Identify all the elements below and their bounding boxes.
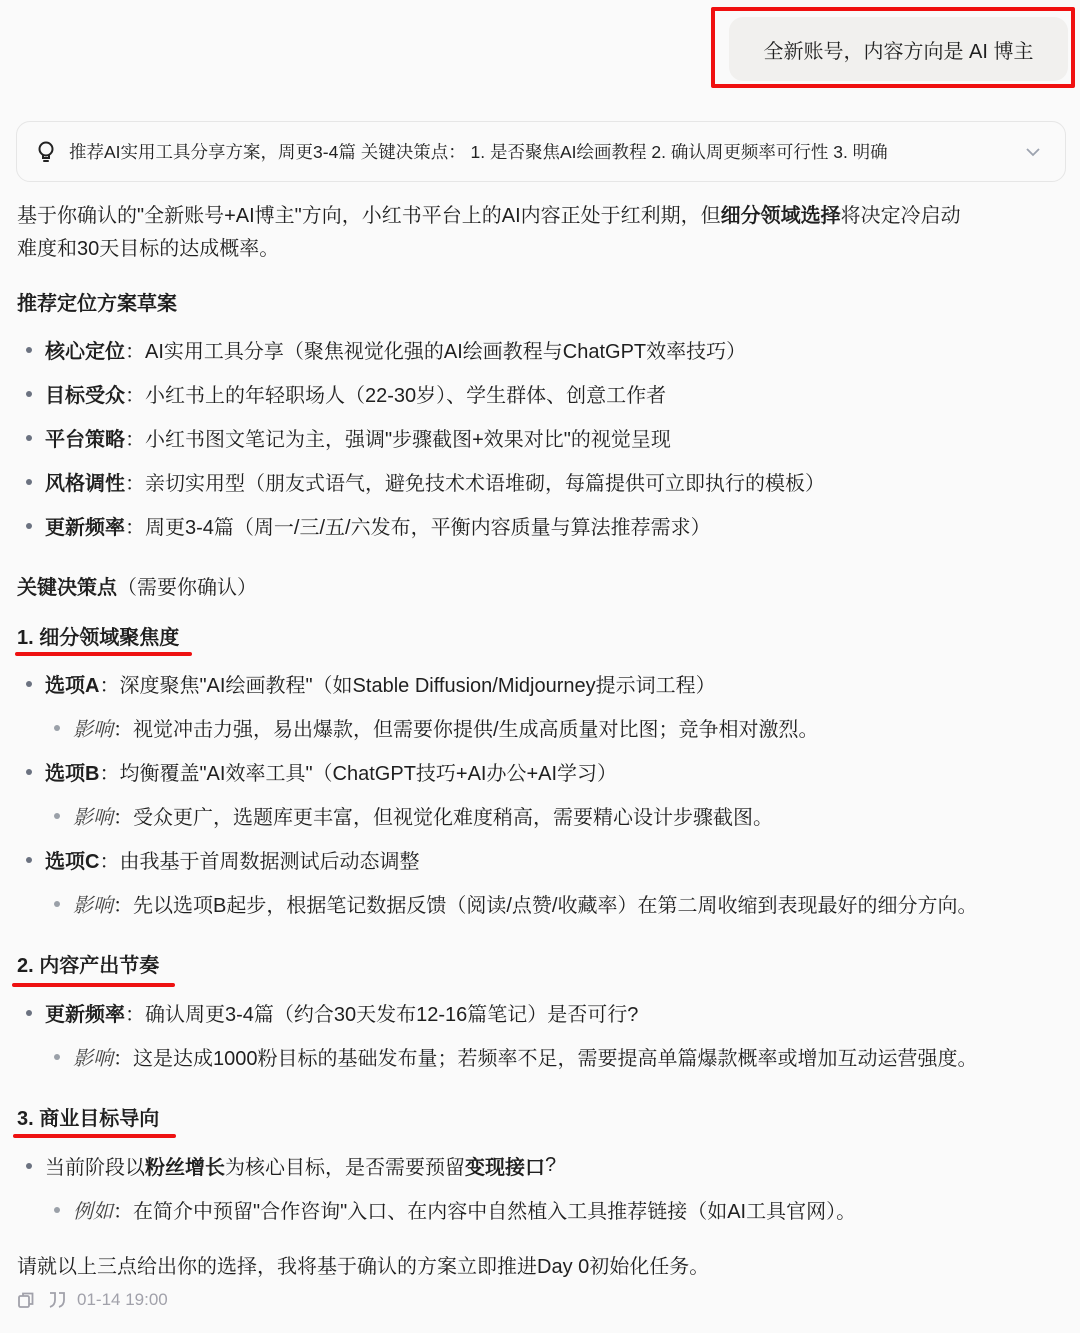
item-sep: ：: [125, 423, 145, 452]
list-item: 选项B：均衡覆盖"AI效率工具"（ChatGPT技巧+AI办公+AI学习）: [26, 757, 617, 786]
item-text: ?: [545, 1154, 556, 1177]
item-text: 亲切实用型（朋友式语气，避免技术术语堆砌，每篇提供可立即执行的模板）: [145, 467, 825, 496]
sub-text: 这是达成1000粉目标的基础发布量；若频率不足，需要提高单篇爆款概率或增加互动运…: [133, 1042, 978, 1071]
sub-label: 例如: [73, 1195, 113, 1224]
list-item: 选项A：深度聚焦"AI绘画教程"（如Stable Diffusion/Midjo…: [26, 669, 716, 698]
item-sep: ：: [125, 379, 145, 408]
closing-paragraph: 请就以上三点给出你的选择，我将基于确认的方案立即推进Day 0初始化任务。: [17, 1251, 709, 1284]
item-label: 风格调性: [45, 467, 125, 496]
list-item: 目标受众：小红书上的年轻职场人（22-30岁）、学生群体、创意工作者: [26, 379, 666, 408]
section-title-1: 1. 细分领域聚焦度: [17, 621, 179, 650]
item-label: 平台策略: [45, 423, 125, 452]
bullet-icon: [26, 347, 32, 353]
bullet-icon: [26, 1163, 32, 1169]
sub-sep: ：: [113, 1042, 133, 1071]
item-sep: ：: [125, 511, 145, 540]
sub-list-item: 影响：受众更广，选题库更丰富，但视觉化难度稍高，需要精心设计步骤截图。: [54, 801, 773, 830]
sub-text: 视觉冲击力强，易出爆款，但需要你提供/生成高质量对比图；竞争相对激烈。: [133, 713, 819, 742]
item-text: 周更3-4篇（周一/三/五/六发布，平衡内容质量与算法推荐需求）: [145, 511, 711, 540]
item-sep: ：: [125, 335, 145, 364]
sub-text: 先以选项B起步，根据笔记数据反馈（阅读/点赞/收藏率）在第二周收缩到表现最好的细…: [133, 889, 977, 918]
user-message-bubble: 全新账号，内容方向是 AI 博主: [729, 17, 1068, 81]
list-item: 当前阶段以粉丝增长为核心目标，是否需要预留变现接口?: [26, 1151, 556, 1180]
bullet-icon: [26, 681, 32, 687]
sub-list-item: 例如：在简介中预留"合作咨询"入口、在内容中自然植入工具推荐链接（如AI工具官网…: [54, 1195, 856, 1224]
item-sep: ：: [125, 467, 145, 496]
sub-label: 影响: [73, 713, 113, 742]
list-item: 选项C：由我基于首周数据测试后动态调整: [26, 845, 419, 874]
bullet-icon: [26, 523, 32, 529]
plan-heading: 推荐定位方案草案: [17, 287, 177, 316]
message-timestamp: 01-14 19:00: [77, 1290, 168, 1310]
bullet-icon: [26, 435, 32, 441]
thinking-summary-text: 推荐AI实用工具分享方案，周更3-4篇 关键决策点： 1. 是否聚焦AI绘画教程…: [69, 139, 985, 164]
intro-bold: 细分领域选择: [721, 205, 841, 227]
thinking-summary-toggle[interactable]: 推荐AI实用工具分享方案，周更3-4篇 关键决策点： 1. 是否聚焦AI绘画教程…: [16, 121, 1066, 182]
list-item: 风格调性：亲切实用型（朋友式语气，避免技术术语堆砌，每篇提供可立即执行的模板）: [26, 467, 825, 496]
bullet-icon: [26, 769, 32, 775]
item-bold: 变现接口: [465, 1151, 545, 1180]
intro-paragraph-line2: 难度和30天目标的达成概率。: [17, 233, 279, 266]
item-sep: ：: [99, 845, 119, 874]
item-sep: ：: [99, 757, 119, 786]
sub-label: 影响: [73, 801, 113, 830]
lightbulb-icon: [37, 141, 57, 163]
red-underline: [12, 983, 175, 987]
item-text: AI实用工具分享（聚焦视觉化强的AI绘画教程与ChatGPT效率技巧）: [145, 335, 746, 364]
item-text: 当前阶段以: [45, 1151, 145, 1180]
list-item: 核心定位：AI实用工具分享（聚焦视觉化强的AI绘画教程与ChatGPT效率技巧）: [26, 335, 746, 364]
bullet-icon: [54, 1054, 60, 1060]
bullet-icon: [26, 391, 32, 397]
chevron-down-icon[interactable]: [1025, 142, 1045, 162]
sub-list-item: 影响：视觉冲击力强，易出爆款，但需要你提供/生成高质量对比图；竞争相对激烈。: [54, 713, 819, 742]
red-underline: [13, 1134, 176, 1138]
item-label: 核心定位: [45, 335, 125, 364]
item-label: 目标受众: [45, 379, 125, 408]
item-text: 由我基于首周数据测试后动态调整: [119, 845, 419, 874]
sub-label: 影响: [73, 1042, 113, 1071]
sub-sep: ：: [113, 801, 133, 830]
bullet-icon: [54, 725, 60, 731]
bullet-icon: [26, 857, 32, 863]
item-label: 更新频率: [45, 998, 125, 1027]
item-text: 均衡覆盖"AI效率工具"（ChatGPT技巧+AI办公+AI学习）: [119, 757, 617, 786]
copy-icon[interactable]: [17, 1290, 37, 1310]
sub-text: 在简介中预留"合作咨询"入口、在内容中自然植入工具推荐链接（如AI工具官网）。: [133, 1195, 856, 1224]
item-label: 更新频率: [45, 511, 125, 540]
list-item: 平台策略：小红书图文笔记为主，强调"步骤截图+效果对比"的视觉呈现: [26, 423, 671, 452]
decisions-heading-bold: 关键决策点: [17, 577, 117, 599]
sub-list-item: 影响：先以选项B起步，根据笔记数据反馈（阅读/点赞/收藏率）在第二周收缩到表现最…: [54, 889, 977, 918]
intro-text: 基于你确认的"全新账号+AI博主"方向，小红书平台上的AI内容正处于红利期，但: [17, 205, 721, 227]
item-sep: ：: [99, 669, 119, 698]
item-text: 小红书上的年轻职场人（22-30岁）、学生群体、创意工作者: [145, 379, 666, 408]
message-actions: 01-14 19:00: [17, 1290, 168, 1310]
intro-paragraph: 基于你确认的"全新账号+AI博主"方向，小红书平台上的AI内容正处于红利期，但细…: [17, 200, 961, 233]
item-text: 确认周更3-4篇（约合30天发布12-16篇笔记）是否可行?: [145, 998, 638, 1027]
bullet-icon: [54, 901, 60, 907]
sub-sep: ：: [113, 889, 133, 918]
section-title-2: 2. 内容产出节奏: [17, 949, 159, 978]
item-sep: ：: [125, 998, 145, 1027]
bullet-icon: [54, 813, 60, 819]
sub-sep: ：: [113, 1195, 133, 1224]
sub-list-item: 影响：这是达成1000粉目标的基础发布量；若频率不足，需要提高单篇爆款概率或增加…: [54, 1042, 978, 1071]
list-item: 更新频率：周更3-4篇（周一/三/五/六发布，平衡内容质量与算法推荐需求）: [26, 511, 711, 540]
user-message-text: 全新账号，内容方向是 AI 博主: [763, 35, 1033, 64]
sub-label: 影响: [73, 889, 113, 918]
item-label: 选项B: [45, 757, 99, 786]
item-label: 选项C: [45, 845, 99, 874]
section-title-3: 3. 商业目标导向: [17, 1102, 159, 1131]
decisions-heading-note: （需要你确认）: [117, 577, 257, 599]
item-text: 小红书图文笔记为主，强调"步骤截图+效果对比"的视觉呈现: [145, 423, 671, 452]
item-bold: 粉丝增长: [145, 1151, 225, 1180]
sub-text: 受众更广，选题库更丰富，但视觉化难度稍高，需要精心设计步骤截图。: [133, 801, 773, 830]
item-label: 选项A: [45, 669, 99, 698]
item-text: 为核心目标，是否需要预留: [225, 1151, 465, 1180]
intro-text-2: 将决定冷启动: [841, 205, 961, 227]
list-item: 更新频率：确认周更3-4篇（约合30天发布12-16篇笔记）是否可行?: [26, 998, 638, 1027]
bullet-icon: [26, 1010, 32, 1016]
bullet-icon: [54, 1207, 60, 1213]
decisions-heading: 关键决策点（需要你确认）: [17, 571, 257, 600]
item-text: 深度聚焦"AI绘画教程"（如Stable Diffusion/Midjourne…: [119, 669, 715, 698]
sub-sep: ：: [113, 713, 133, 742]
red-underline: [15, 652, 192, 656]
bullet-icon: [26, 479, 32, 485]
quote-icon[interactable]: [47, 1290, 67, 1310]
